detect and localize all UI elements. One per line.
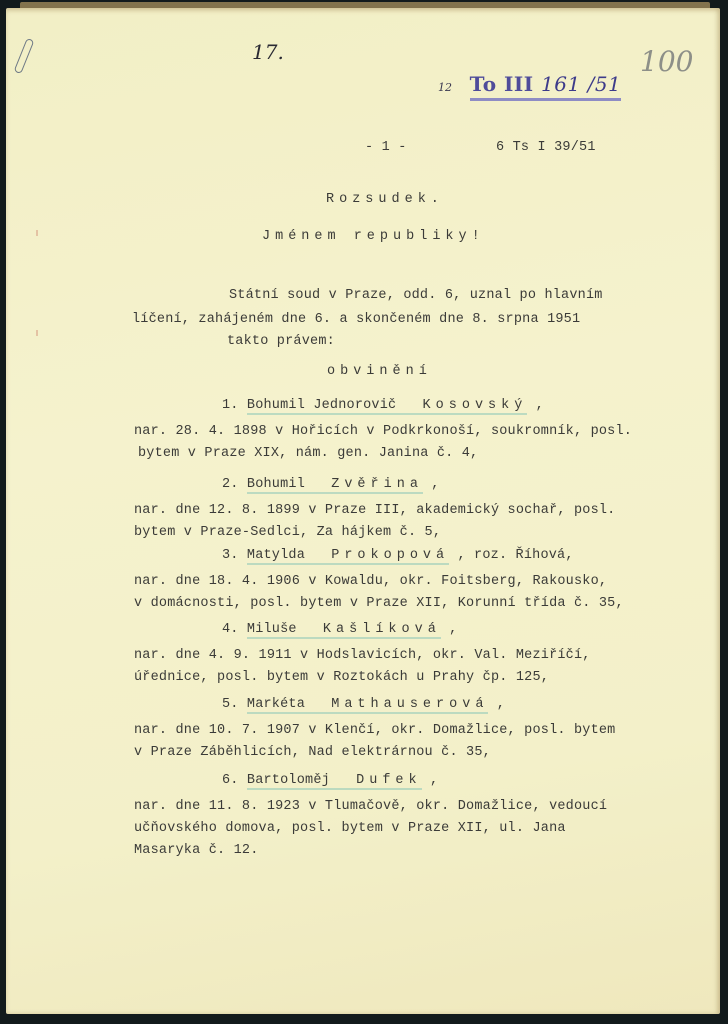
accused-number: 4. (222, 622, 247, 637)
accused-surname: Kosovský (396, 398, 527, 415)
accused-detail-line: nar. dne 4. 9. 1911 v Hodslavicích, okr.… (134, 648, 591, 663)
accused-heading: obvinění (327, 364, 432, 379)
margin-mark (36, 330, 38, 336)
intro-line-2: líčení, zahájeném dne 6. a skončeném dne… (132, 312, 580, 327)
accused-name-suffix: , roz. Říhová, (449, 548, 574, 563)
accused-given-name: Bohumil Jednorovič (247, 398, 396, 415)
accused-detail-line: v domácnosti, posl. bytem v Praze XII, K… (134, 596, 624, 611)
accused-name-line: 2. Bohumil Zvěřina , (222, 477, 440, 492)
margin-mark (36, 230, 38, 236)
accused-given-name: Bohumil (247, 477, 305, 494)
accused-detail-line: bytem v Praze XIX, nám. gen. Janina č. 4… (138, 446, 478, 461)
accused-surname: Kašlíková (297, 622, 441, 639)
stamp-prefix: 12 (438, 81, 452, 94)
accused-name-suffix: , (441, 622, 458, 637)
document-title: Rozsudek. (326, 192, 444, 207)
accused-surname: Mathauserová (305, 697, 488, 714)
accused-detail-line: Masaryka č. 12. (134, 843, 259, 858)
accused-name-suffix: , (422, 773, 439, 788)
accused-detail-line: bytem v Praze-Sedlci, Za hájkem č. 5, (134, 525, 441, 540)
accused-given-name: Markéta (247, 697, 305, 714)
page-marker: - 1 - (365, 140, 407, 155)
accused-name-suffix: , (423, 477, 440, 492)
accused-number: 1. (222, 398, 247, 413)
accused-detail-line: nar. dne 11. 8. 1923 v Tlumačově, okr. D… (134, 799, 607, 814)
accused-number: 3. (222, 548, 247, 563)
accused-given-name: Matylda (247, 548, 305, 565)
accused-detail-line: nar. dne 12. 8. 1899 v Praze III, akadem… (134, 503, 615, 518)
intro-line-1: Státní soud v Praze, odd. 6, uznal po hl… (229, 288, 603, 303)
handwritten-page-number: 100 (640, 45, 693, 78)
accused-detail-line: učňovského domova, posl. bytem v Praze X… (134, 821, 566, 836)
stamp-box: To III 161 /51 (470, 72, 622, 101)
accused-detail-line: v Praze Záběhlicích, Nad elektrárnou č. … (134, 745, 491, 760)
stamp-number: 161 /51 (541, 72, 621, 96)
document-subtitle: Jménem republiky! (262, 229, 485, 244)
accused-name-line: 6. Bartoloměj Dufek , (222, 773, 438, 788)
accused-name-line: 4. Miluše Kašlíková , (222, 622, 457, 637)
accused-name-suffix: , (527, 398, 544, 413)
accused-name-line: 1. Bohumil Jednorovič Kosovský , (222, 398, 544, 413)
accused-surname: Zvěřina (305, 477, 423, 494)
accused-name-line: 3. Matylda Prokopová , roz. Říhová, (222, 548, 574, 563)
accused-name-line: 5. Markéta Mathauserová , (222, 697, 505, 712)
accused-detail-line: nar. dne 10. 7. 1907 v Klenčí, okr. Doma… (134, 723, 615, 738)
accused-detail-line: nar. 28. 4. 1898 v Hořicích v Podkrkonoš… (134, 424, 632, 439)
accused-number: 5. (222, 697, 247, 712)
accused-surname: Dufek (330, 773, 422, 790)
case-number: 6 Ts I 39/51 (496, 140, 596, 155)
case-stamp: 12 To III 161 /51 (438, 72, 621, 96)
accused-name-suffix: , (488, 697, 505, 712)
accused-detail-line: nar. dne 18. 4. 1906 v Kowaldu, okr. Foi… (134, 574, 607, 589)
accused-surname: Prokopová (305, 548, 449, 565)
accused-number: 6. (222, 773, 247, 788)
accused-given-name: Bartoloměj (247, 773, 330, 790)
handwritten-folio-number: 17. (252, 40, 284, 64)
intro-line-3: takto právem: (227, 334, 335, 349)
accused-number: 2. (222, 477, 247, 492)
stamp-label: To III (470, 72, 534, 96)
accused-given-name: Miluše (247, 622, 297, 639)
accused-detail-line: úřednice, posl. bytem v Roztokách u Prah… (134, 670, 549, 685)
